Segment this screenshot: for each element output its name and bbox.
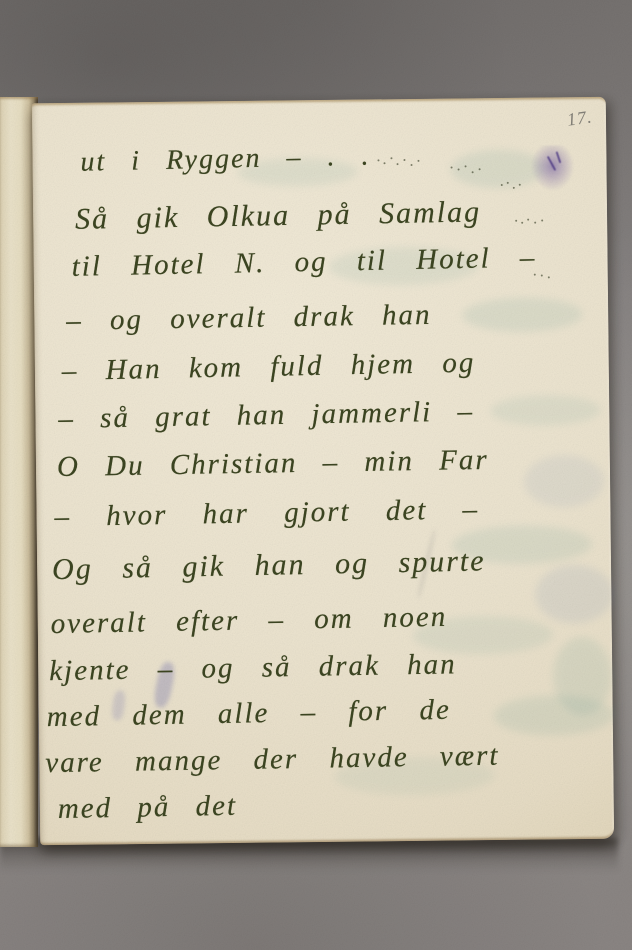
ghost-ink-smudge xyxy=(524,455,605,508)
ink-specks xyxy=(451,167,453,169)
ghost-ink-smudge xyxy=(462,297,582,332)
handwriting-line: kjente – og så drak han xyxy=(49,648,457,688)
handwriting-line: ut i Ryggen – . . xyxy=(80,140,371,178)
handwriting-line: med dem alle – for de xyxy=(46,694,451,734)
handwriting-line: O Du Christian – min Far xyxy=(57,444,489,484)
handwriting-line: – Han kom fuld hjem og xyxy=(62,347,476,388)
handwriting-line: – og overalt drak han xyxy=(66,299,432,338)
handwriting-line: overalt efter – om noen xyxy=(50,601,447,641)
handwriting-line: – hvor har gjort det – xyxy=(54,493,479,534)
handwriting-line: med på det xyxy=(58,790,238,826)
ghost-ink-smudge xyxy=(494,695,614,736)
ghost-ink-smudge xyxy=(535,565,614,624)
notebook-page: 17. ut i Ryggen – . . Så gik Olkua på Sa… xyxy=(32,97,614,845)
ghost-ink-smudge xyxy=(490,395,600,426)
handwriting-line: – så grat han jammerli – xyxy=(58,395,474,436)
handwriting-line: Så gik Olkua på Samlag xyxy=(75,195,482,236)
ghost-ink-smudge xyxy=(553,637,612,716)
ink-specks xyxy=(515,220,517,222)
ink-specks xyxy=(377,159,379,161)
violet-ink-smudge xyxy=(530,145,575,191)
handwriting-line: til Hotel N. og til Hotel – xyxy=(71,242,536,284)
page-number: 17. xyxy=(566,106,594,130)
ink-specks xyxy=(501,184,503,186)
photo-scene: 17. ut i Ryggen – . . Så gik Olkua på Sa… xyxy=(0,0,632,950)
handwriting-line: vare mange der havde vært xyxy=(45,740,500,781)
